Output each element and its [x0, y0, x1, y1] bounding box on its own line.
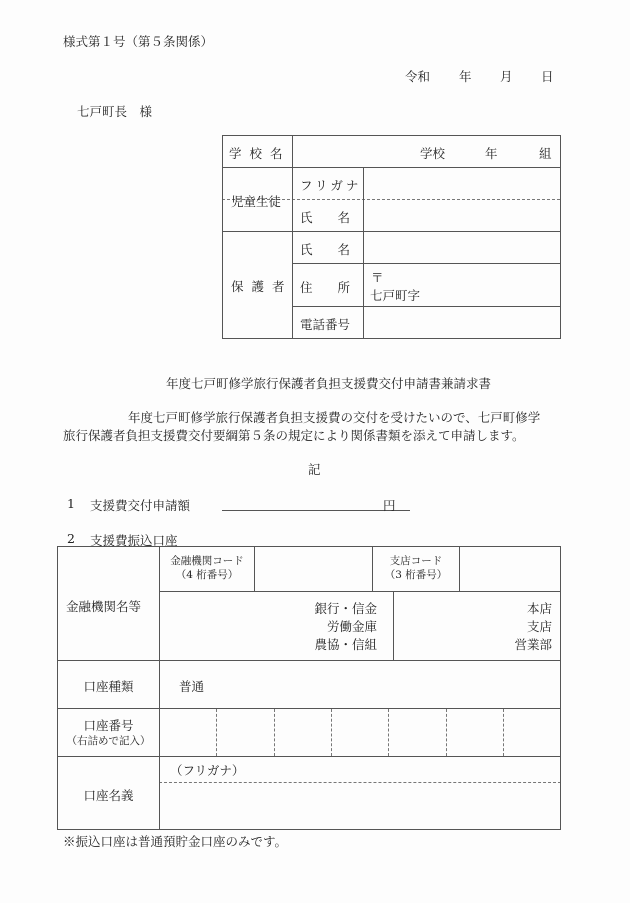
bank-code-label-line2: （4 桁番号） — [160, 568, 254, 582]
branch-type-office: 営業部 — [514, 636, 552, 654]
date-month: 月 — [500, 67, 513, 85]
account-number-label: 口座番号 — [58, 716, 159, 734]
form-number: 様式第１号（第５条関係） — [63, 32, 213, 50]
class-field[interactable]: 組 — [539, 144, 552, 162]
bank-code-input[interactable] — [255, 547, 372, 591]
addressee: 七戸町長 様 — [77, 102, 152, 120]
postal-mark: 〒 — [371, 268, 384, 286]
footnote: ※振込口座は普通預貯金口座のみです。 — [63, 832, 287, 850]
date-year: 年 — [459, 67, 472, 85]
amount-input[interactable] — [222, 494, 410, 511]
bank-type-labor: 労働金庫 — [314, 618, 377, 636]
phone-label: 電話番号 — [300, 315, 350, 333]
guardian-name-label: 氏 名 — [300, 240, 350, 258]
branch-type-head: 本店 — [514, 600, 552, 618]
branch-code-label: 支店コード （3 桁番号） — [373, 554, 459, 582]
branch-code-label-line2: （3 桁番号） — [373, 568, 459, 582]
student-name-input[interactable] — [364, 200, 560, 231]
address-input[interactable]: 〒 七戸町字 — [364, 264, 560, 306]
document-title: 年度七戸町修学旅行保護者負担支援費交付申請書兼請求書 — [166, 374, 491, 392]
date-day: 日 — [541, 67, 554, 85]
account-number-input[interactable] — [160, 709, 560, 756]
grade-field[interactable]: 年 — [485, 144, 498, 162]
branch-code-label-line1: 支店コード — [373, 554, 459, 568]
student-label: 児童生徒 — [231, 192, 281, 210]
address-prefix: 七戸町字 — [370, 286, 420, 304]
school-field[interactable]: 学校 — [420, 144, 445, 162]
account-name-input[interactable] — [160, 783, 560, 829]
body-line-2: 旅行保護者負担支援費交付要綱第５条の規定により関係書類を添えて申請します。 — [63, 426, 525, 444]
student-furigana-input[interactable] — [364, 168, 560, 199]
branch-type-branch: 支店 — [514, 618, 552, 636]
body-line-1: 年度七戸町修学旅行保護者負担支援費の交付を受けたいので、七戸町修学 — [128, 408, 540, 426]
ki-heading: 記 — [308, 460, 321, 478]
account-type-label: 口座種類 — [58, 677, 159, 695]
account-name-label: 口座名義 — [58, 786, 159, 804]
bank-name-input[interactable]: 銀行・信金 労働金庫 農協・信組 — [160, 592, 393, 660]
phone-input[interactable] — [364, 307, 560, 338]
guardian-label: 保 護 者 — [231, 277, 286, 295]
school-label: 学 校 名 — [229, 144, 284, 162]
furigana-label: フリガナ — [300, 176, 361, 194]
account-number-note: （右詰めで記入） — [58, 734, 159, 748]
bank-code-label: 金融機関コード （4 桁番号） — [160, 554, 254, 582]
account-type-value: 普通 — [179, 677, 204, 695]
branch-name-input[interactable]: 本店 支店 営業部 — [394, 592, 560, 660]
guardian-name-input[interactable] — [364, 232, 560, 263]
student-name-label: 氏 名 — [300, 208, 350, 226]
branch-code-input[interactable] — [460, 547, 560, 591]
yen-unit: 円 — [383, 496, 396, 514]
item2-number: 2 — [67, 531, 75, 546]
branch-type-list: 本店 支店 営業部 — [514, 600, 552, 654]
account-name-furigana-label: （フリガナ） — [170, 761, 244, 779]
date-era: 令和 — [405, 67, 430, 85]
bank-code-label-line1: 金融機関コード — [160, 554, 254, 568]
bank-type-bank: 銀行・信金 — [314, 600, 377, 618]
bank-type-agri: 農協・信組 — [314, 636, 377, 654]
item1-label: 支援費交付申請額 — [90, 496, 190, 514]
bank-type-list: 銀行・信金 労働金庫 農協・信組 — [314, 600, 377, 654]
account-name-furigana-input[interactable] — [240, 757, 560, 782]
institution-label: 金融機関名等 — [66, 597, 141, 615]
address-label: 住 所 — [300, 278, 350, 296]
item1-number: 1 — [67, 496, 75, 511]
